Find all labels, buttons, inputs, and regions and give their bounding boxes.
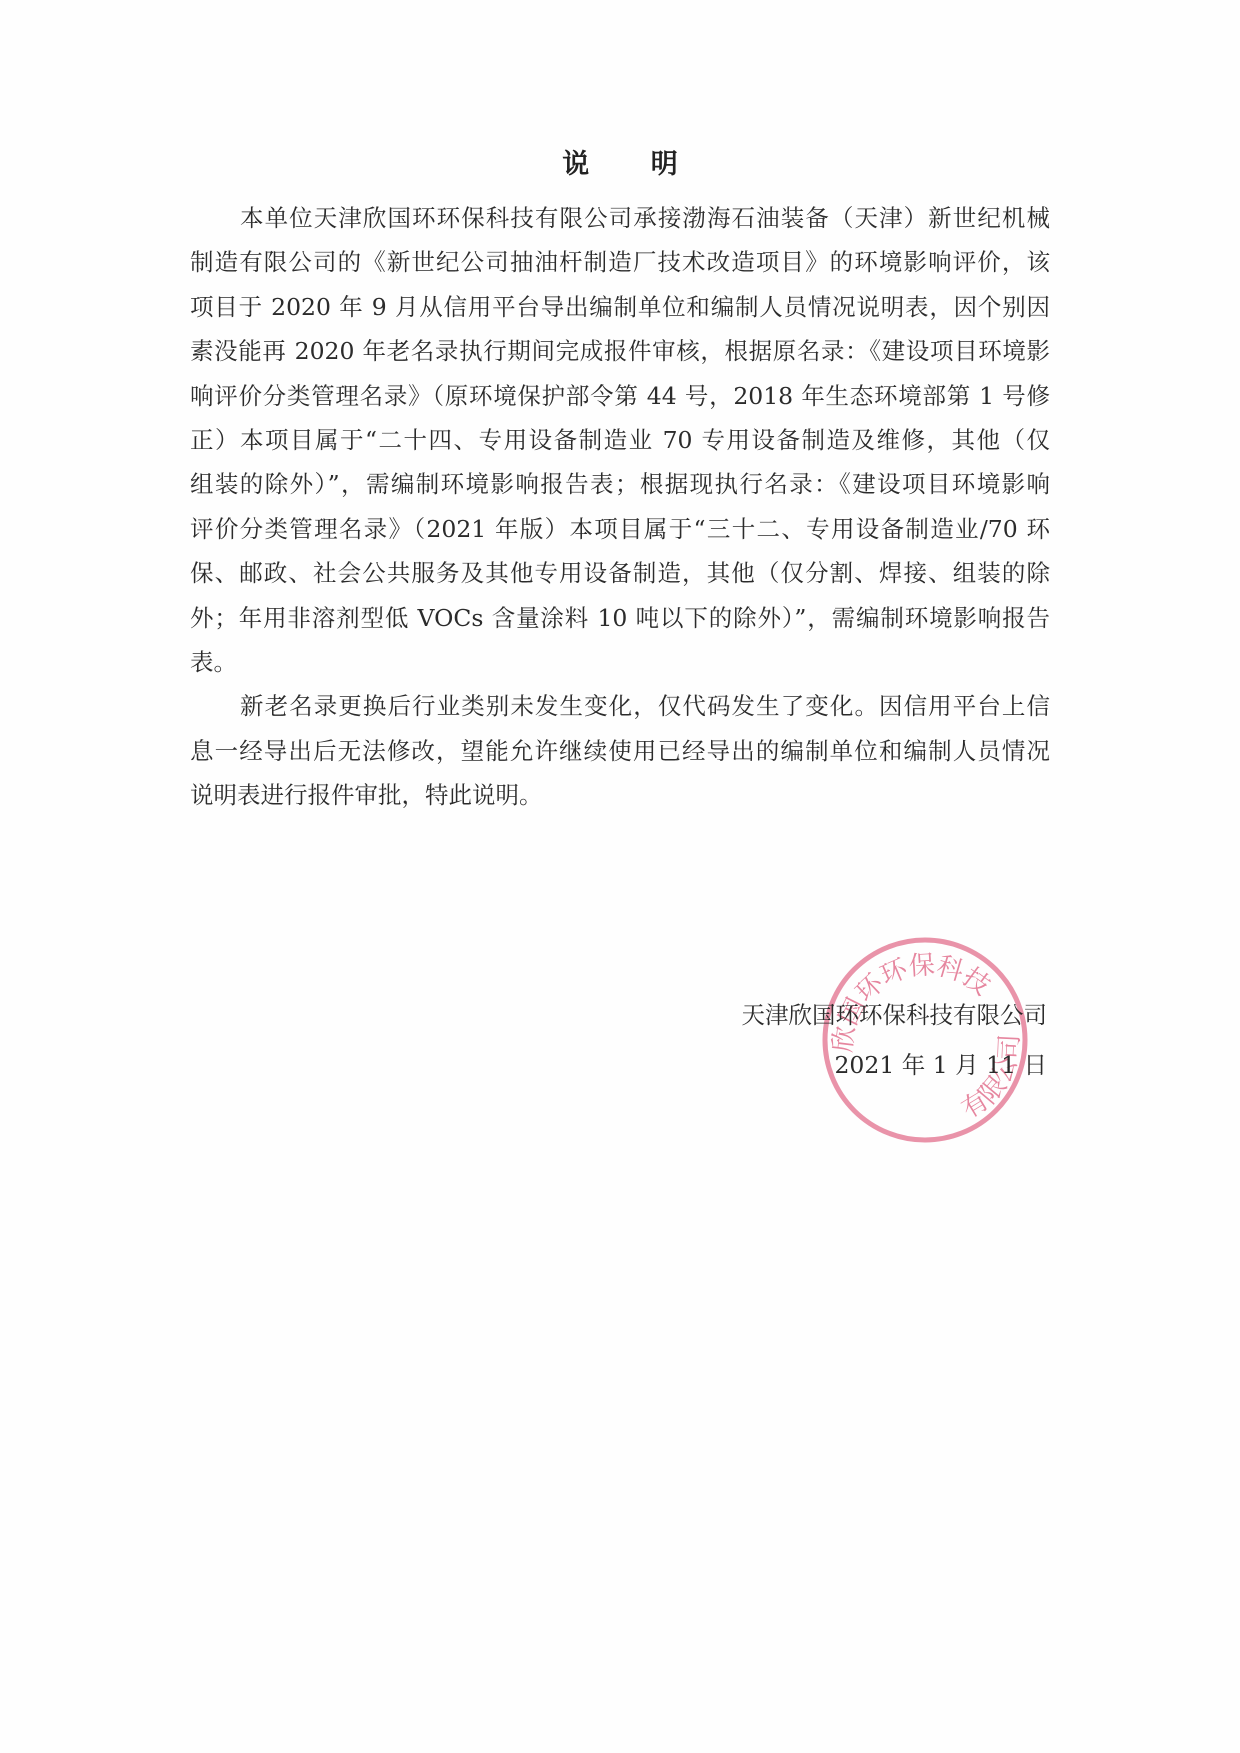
document-body: 本单位天津欣国环环保科技有限公司承接渤海石油装备（天津）新世纪机械 制造有限公司… <box>190 196 1050 817</box>
signature-organization: 天津欣国环环保科技有限公司 <box>742 990 1048 1040</box>
paragraph-1-line-5: 响评价分类管理名录》（原环境保护部令第 44 号，2018 年生态环境部第 1 … <box>190 374 1050 418</box>
paragraph-1-line-7: 组装的除外）”，需编制环境影响报告表；根据现执行名录：《建设项目环境影响 <box>190 462 1050 506</box>
paragraph-1-line-8: 评价分类管理名录》（2021 年版）本项目属于“三十二、专用设备制造业/70 环 <box>190 507 1050 551</box>
paragraph-2-line-2: 息一经导出后无法修改，望能允许继续使用已经导出的编制单位和编制人员情况 <box>190 729 1050 773</box>
paragraph-1-line-1: 本单位天津欣国环环保科技有限公司承接渤海石油装备（天津）新世纪机械 <box>190 196 1050 240</box>
paragraph-2-line-1: 新老名录更换后行业类别未发生变化，仅代码发生了变化。因信用平台上信 <box>190 684 1050 728</box>
document-page: 说 明 本单位天津欣国环环保科技有限公司承接渤海石油装备（天津）新世纪机械 制造… <box>0 0 1240 1753</box>
signature-date: 2021 年 1 月 11 日 <box>742 1040 1048 1090</box>
paragraph-1-line-10: 外；年用非溶剂型低 VOCs 含量涂料 10 吨以下的除外）”，需编制环境影响报… <box>190 596 1050 640</box>
paragraph-1-line-3: 项目于 2020 年 9 月从信用平台导出编制单位和编制人员情况说明表，因个别因 <box>190 285 1050 329</box>
paragraph-1-line-9: 保、邮政、社会公共服务及其他专用设备制造，其他（仅分割、焊接、组装的除 <box>190 551 1050 595</box>
paragraph-1-line-6: 正）本项目属于“二十四、专用设备制造业 70 专用设备制造及维修，其他（仅 <box>190 418 1050 462</box>
paragraph-2-line-3: 说明表进行报件审批，特此说明。 <box>190 773 1050 817</box>
signature-block: 天津欣国环环保科技有限公司 2021 年 1 月 11 日 <box>742 990 1048 1090</box>
document-title: 说 明 <box>0 142 1240 181</box>
paragraph-1-line-11: 表。 <box>190 640 1050 684</box>
paragraph-1-line-2: 制造有限公司的《新世纪公司抽油杆制造厂技术改造项目》的环境影响评价，该 <box>190 240 1050 284</box>
paragraph-1-line-4: 素没能再 2020 年老名录执行期间完成报件审核，根据原名录：《建设项目环境影 <box>190 329 1050 373</box>
